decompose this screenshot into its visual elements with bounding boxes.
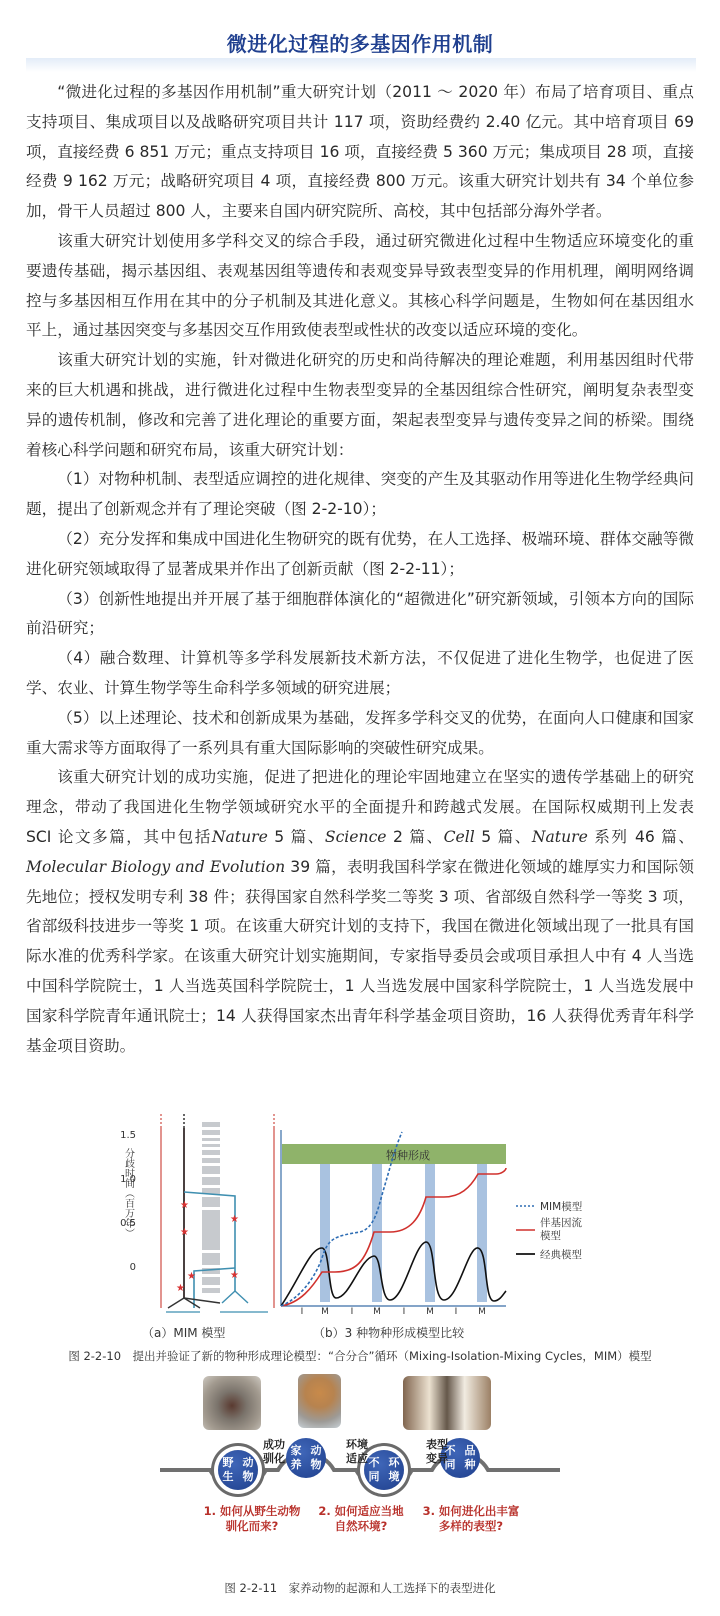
title-underline-bar xyxy=(26,58,696,72)
step-wild-animal: 野生动物 xyxy=(218,1450,258,1490)
svg-text:伴基因流: 伴基因流 xyxy=(540,1216,582,1229)
svg-text:I: I xyxy=(301,1307,304,1317)
svg-text:★: ★ xyxy=(180,1227,189,1238)
question-2: 2. 如何适应当地自然环境? xyxy=(316,1504,406,1534)
panel-b-model-comparison: 物种形成 I M I M I M I M MIM模型 xyxy=(281,1130,583,1317)
chart-legend: MIM模型 伴基因流 模型 经典模型 xyxy=(516,1200,583,1261)
transition-domestication: 成功驯化 xyxy=(263,1438,285,1466)
svg-text:M: M xyxy=(373,1307,381,1317)
page-title: 微进化过程的多基因作用机制 xyxy=(0,28,720,57)
paragraph-item-1: （1）对物种机制、表型适应调控的进化规律、突变的产生及其驱动作用等进化生物学经典… xyxy=(26,465,694,525)
svg-text:M: M xyxy=(478,1307,486,1317)
transition-phenotype-variation: 表型变异 xyxy=(426,1438,448,1466)
svg-text:★: ★ xyxy=(230,1270,239,1281)
article-body: “微进化过程的多基因作用机制”重大研究计划（2011 ～ 2020 年）布局了培… xyxy=(26,78,694,1061)
question-1: 1. 如何从野生动物驯化而来? xyxy=(202,1504,302,1534)
svg-text:模型: 模型 xyxy=(540,1229,561,1242)
paragraph-approach: 该重大研究计划使用多学科交叉的综合手段，通过研究微进化过程中生物适应环境变化的重… xyxy=(26,227,694,346)
figure-caption-2-2-10: 图 2-2-10 提出并验证了新的物种形成理论模型：“合分合”循环（Mixing… xyxy=(0,1348,720,1364)
svg-text:I: I xyxy=(455,1307,458,1317)
svg-text:经典模型: 经典模型 xyxy=(540,1248,582,1261)
transition-adaptation: 环境适应 xyxy=(346,1438,368,1466)
panel-a-mim-model: ★★ ★★ ★★ 1.5 1.0 0.5 0 分歧时间（百万年） xyxy=(120,1114,274,1312)
step-domestic-animal: 家养动物 xyxy=(286,1438,326,1478)
paragraph-funding: “微进化过程的多基因作用机制”重大研究计划（2011 ～ 2020 年）布局了培… xyxy=(26,78,694,227)
journal-name: Nature xyxy=(532,828,588,846)
y-tick-0: 0 xyxy=(130,1262,136,1273)
svg-text:I: I xyxy=(351,1307,354,1317)
question-3: 3. 如何进化出丰富多样的表型? xyxy=(416,1504,526,1534)
paragraph-item-3: （3）创新性地提出并开展了基于细胞群体演化的“超微进化”研究新领域，引领本方向的… xyxy=(26,585,694,645)
figure-caption-2-2-11: 图 2-2-11 家养动物的起源和人工选择下的表型进化 xyxy=(0,1580,720,1596)
svg-text:M: M xyxy=(426,1307,434,1317)
y-axis-label: 分歧时间（百万年） xyxy=(123,1147,135,1238)
journal-name: Science xyxy=(325,828,387,846)
step-different-environment: 不同环境 xyxy=(364,1450,404,1490)
svg-text:★: ★ xyxy=(180,1200,189,1211)
journal-name: Nature xyxy=(212,828,268,846)
journal-name: Cell xyxy=(444,828,475,846)
svg-text:★: ★ xyxy=(176,1283,185,1294)
panel-a-caption: （a）MIM 模型 xyxy=(142,1324,225,1341)
y-tick-1-5: 1.5 xyxy=(120,1130,136,1141)
paragraph-item-5: （5）以上述理论、技术和创新成果为基础，发挥多学科交叉的优势，在面向人口健康和国… xyxy=(26,704,694,764)
paragraph-item-2: （2）充分发挥和集成中国进化生物研究的既有优势，在人工选择、极端环境、群体交融等… xyxy=(26,525,694,585)
svg-text:★: ★ xyxy=(187,1271,196,1282)
panel-b-caption: （b）3 种物种形成模型比较 xyxy=(313,1324,464,1341)
paragraph-implementation: 该重大研究计划的实施，针对微进化研究的历史和尚待解决的理论难题，利用基因组时代带… xyxy=(26,346,694,465)
figure-2-2-11: 野生动物 家养动物 不同环境 不同品种 成功驯化 环境适应 表型变异 1. 如何… xyxy=(160,1380,560,1550)
svg-text:MIM模型: MIM模型 xyxy=(540,1200,583,1213)
paragraph-achievements: 该重大研究计划的成功实施，促进了把进化的理论牢固地建立在坚实的遗传学基础上的研究… xyxy=(26,763,694,1061)
svg-text:★: ★ xyxy=(230,1214,239,1225)
svg-text:M: M xyxy=(321,1307,329,1317)
figure-2-2-10: ★★ ★★ ★★ 1.5 1.0 0.5 0 分歧时间（百万年） 物种形成 xyxy=(60,1108,660,1318)
journal-name: Molecular Biology and Evolution xyxy=(26,858,285,876)
svg-text:I: I xyxy=(403,1307,406,1317)
paragraph-item-4: （4）融合数理、计算机等多学科发展新技术新方法，不仅促进了进化生物学，也促进了医… xyxy=(26,644,694,704)
